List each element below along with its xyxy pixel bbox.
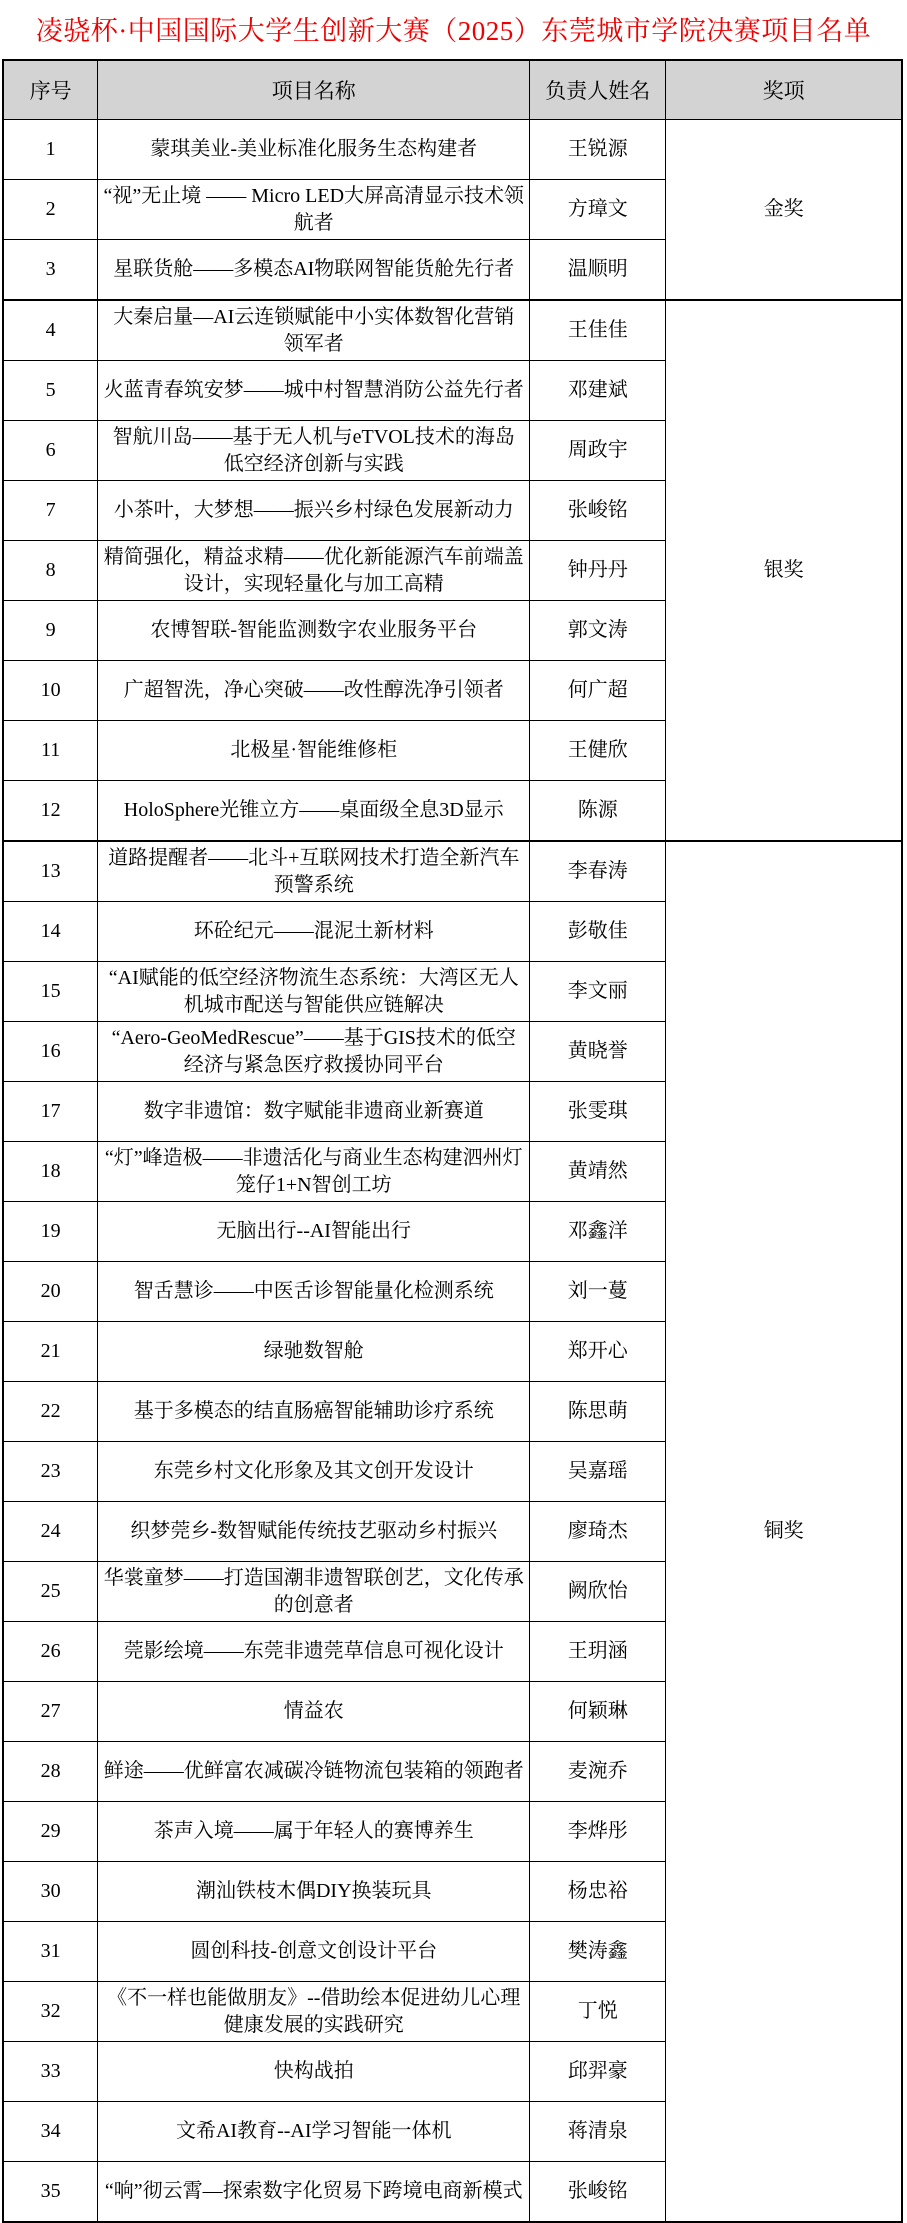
leader-name-cell: 彭敬佳 (530, 902, 666, 962)
project-name-cell: “灯”峰造极——非遗活化与商业生态构建泗州灯笼仔1+N智创工坊 (98, 1142, 530, 1202)
row-no-cell: 31 (3, 1922, 98, 1982)
row-no-cell: 34 (3, 2102, 98, 2162)
row-no-cell: 4 (3, 300, 98, 361)
row-no-cell: 30 (3, 1862, 98, 1922)
row-no-cell: 27 (3, 1682, 98, 1742)
row-no-cell: 9 (3, 601, 98, 661)
project-name-cell: 农博智联-智能监测数字农业服务平台 (98, 601, 530, 661)
project-name-cell: 无脑出行--AI智能出行 (98, 1202, 530, 1262)
leader-name-cell: 郑开心 (530, 1322, 666, 1382)
row-no-cell: 2 (3, 180, 98, 240)
leader-name-cell: 王健欣 (530, 721, 666, 781)
project-name-cell: 圆创科技-创意文创设计平台 (98, 1922, 530, 1982)
row-no-cell: 35 (3, 2162, 98, 2223)
row-no-cell: 15 (3, 962, 98, 1022)
leader-name-cell: 周政宇 (530, 421, 666, 481)
leader-name-cell: 麦涴乔 (530, 1742, 666, 1802)
row-no-cell: 22 (3, 1382, 98, 1442)
project-name-cell: “响”彻云霄—探索数字化贸易下跨境电商新模式 (98, 2162, 530, 2223)
project-name-cell: 快构战拍 (98, 2042, 530, 2102)
header-cell-no: 序号 (3, 60, 98, 120)
project-name-cell: 文希AI教育--AI学习智能一体机 (98, 2102, 530, 2162)
project-name-cell: 北极星·智能维修柜 (98, 721, 530, 781)
project-name-cell: HoloSphere光锥立方——桌面级全息3D显示 (98, 781, 530, 842)
project-name-cell: 星联货舱——多模态AI物联网智能货舱先行者 (98, 240, 530, 301)
table-row: 1蒙琪美业-美业标准化服务生态构建者王锐源金奖 (3, 120, 902, 180)
project-name-cell: “AI赋能的低空经济物流生态系统：大湾区无人机城市配送与智能供应链解决 (98, 962, 530, 1022)
project-name-cell: 道路提醒者——北斗+互联网技术打造全新汽车预警系统 (98, 841, 530, 902)
project-name-cell: 基于多模态的结直肠癌智能辅助诊疗系统 (98, 1382, 530, 1442)
leader-name-cell: 樊涛鑫 (530, 1922, 666, 1982)
leader-name-cell: 黄晓誉 (530, 1022, 666, 1082)
project-name-cell: 茶声入境——属于年轻人的赛博养生 (98, 1802, 530, 1862)
row-no-cell: 8 (3, 541, 98, 601)
project-name-cell: “视”无止境 —— Micro LED大屏高清显示技术领航者 (98, 180, 530, 240)
header-cell-project: 项目名称 (98, 60, 530, 120)
leader-name-cell: 李烨彤 (530, 1802, 666, 1862)
project-name-cell: 绿驰数智舱 (98, 1322, 530, 1382)
row-no-cell: 7 (3, 481, 98, 541)
project-name-cell: 环砼纪元——混泥土新材料 (98, 902, 530, 962)
leader-name-cell: 丁悦 (530, 1982, 666, 2042)
leader-name-cell: 王玥涵 (530, 1622, 666, 1682)
leader-name-cell: 蒋清泉 (530, 2102, 666, 2162)
leader-name-cell: 张峻铭 (530, 2162, 666, 2223)
row-no-cell: 14 (3, 902, 98, 962)
project-name-cell: 智舌慧诊——中医舌诊智能量化检测系统 (98, 1262, 530, 1322)
project-name-cell: 蒙琪美业-美业标准化服务生态构建者 (98, 120, 530, 180)
row-no-cell: 19 (3, 1202, 98, 1262)
row-no-cell: 11 (3, 721, 98, 781)
page-title: 凌骁杯·中国国际大学生创新大赛（2025）东莞城市学院决赛项目名单 (2, 14, 905, 49)
header-cell-award: 奖项 (666, 60, 902, 120)
header-row: 序号 项目名称 负责人姓名 奖项 (3, 60, 902, 120)
row-no-cell: 26 (3, 1622, 98, 1682)
row-no-cell: 12 (3, 781, 98, 842)
project-name-cell: 广超智洗，净心突破——改性醇洗净引领者 (98, 661, 530, 721)
leader-name-cell: 邓建斌 (530, 361, 666, 421)
row-no-cell: 24 (3, 1502, 98, 1562)
row-no-cell: 23 (3, 1442, 98, 1502)
row-no-cell: 29 (3, 1802, 98, 1862)
row-no-cell: 16 (3, 1022, 98, 1082)
leader-name-cell: 何颖琳 (530, 1682, 666, 1742)
leader-name-cell: 阙欣怡 (530, 1562, 666, 1622)
row-no-cell: 20 (3, 1262, 98, 1322)
leader-name-cell: 钟丹丹 (530, 541, 666, 601)
leader-name-cell: 王佳佳 (530, 300, 666, 361)
leader-name-cell: 张峻铭 (530, 481, 666, 541)
row-no-cell: 13 (3, 841, 98, 902)
row-no-cell: 21 (3, 1322, 98, 1382)
leader-name-cell: 杨忠裕 (530, 1862, 666, 1922)
project-name-cell: 莞影绘境——东莞非遗莞草信息可视化设计 (98, 1622, 530, 1682)
leader-name-cell: 张雯琪 (530, 1082, 666, 1142)
row-no-cell: 3 (3, 240, 98, 301)
leader-name-cell: 邱羿豪 (530, 2042, 666, 2102)
project-name-cell: 华裳童梦——打造国潮非遗智联创艺，文化传承的创意者 (98, 1562, 530, 1622)
header-cell-leader: 负责人姓名 (530, 60, 666, 120)
leader-name-cell: 王锐源 (530, 120, 666, 180)
leader-name-cell: 陈源 (530, 781, 666, 842)
leader-name-cell: 陈思萌 (530, 1382, 666, 1442)
table-row: 4大秦启量—AI云连锁赋能中小实体数智化营销领军者王佳佳银奖 (3, 300, 902, 361)
leader-name-cell: 李春涛 (530, 841, 666, 902)
project-name-cell: 织梦莞乡-数智赋能传统技艺驱动乡村振兴 (98, 1502, 530, 1562)
leader-name-cell: 方璋文 (530, 180, 666, 240)
row-no-cell: 10 (3, 661, 98, 721)
leader-name-cell: 李文丽 (530, 962, 666, 1022)
row-no-cell: 1 (3, 120, 98, 180)
project-name-cell: 小茶叶，大梦想——振兴乡村绿色发展新动力 (98, 481, 530, 541)
project-name-cell: 智航川岛——基于无人机与eTVOL技术的海岛低空经济创新与实践 (98, 421, 530, 481)
leader-name-cell: 黄靖然 (530, 1142, 666, 1202)
row-no-cell: 33 (3, 2042, 98, 2102)
project-name-cell: “Aero-GeoMedRescue”——基于GIS技术的低空经济与紧急医疗救援… (98, 1022, 530, 1082)
award-cell: 金奖 (666, 120, 902, 301)
leader-name-cell: 郭文涛 (530, 601, 666, 661)
project-name-cell: 情益农 (98, 1682, 530, 1742)
row-no-cell: 17 (3, 1082, 98, 1142)
project-name-cell: 大秦启量—AI云连锁赋能中小实体数智化营销领军者 (98, 300, 530, 361)
table-body: 1蒙琪美业-美业标准化服务生态构建者王锐源金奖2“视”无止境 —— Micro … (3, 120, 902, 2223)
project-name-cell: 火蓝青春筑安梦——城中村智慧消防公益先行者 (98, 361, 530, 421)
project-name-cell: 数字非遗馆：数字赋能非遗商业新赛道 (98, 1082, 530, 1142)
leader-name-cell: 刘一蔓 (530, 1262, 666, 1322)
row-no-cell: 25 (3, 1562, 98, 1622)
document-page: 凌骁杯·中国国际大学生创新大赛（2025）东莞城市学院决赛项目名单 序号 项目名… (0, 0, 907, 2223)
table-header: 序号 项目名称 负责人姓名 奖项 (3, 60, 902, 120)
row-no-cell: 18 (3, 1142, 98, 1202)
leader-name-cell: 廖琦杰 (530, 1502, 666, 1562)
project-name-cell: 精简强化，精益求精——优化新能源汽车前端盖设计，实现轻量化与加工高精 (98, 541, 530, 601)
award-cell: 铜奖 (666, 841, 902, 2222)
project-name-cell: 《不一样也能做朋友》--借助绘本促进幼儿心理健康发展的实践研究 (98, 1982, 530, 2042)
leader-name-cell: 何广超 (530, 661, 666, 721)
leader-name-cell: 温顺明 (530, 240, 666, 301)
project-name-cell: 东莞乡村文化形象及其文创开发设计 (98, 1442, 530, 1502)
project-name-cell: 鲜途——优鲜富农减碳冷链物流包装箱的领跑者 (98, 1742, 530, 1802)
row-no-cell: 6 (3, 421, 98, 481)
table-row: 13道路提醒者——北斗+互联网技术打造全新汽车预警系统李春涛铜奖 (3, 841, 902, 902)
leader-name-cell: 邓鑫洋 (530, 1202, 666, 1262)
project-name-cell: 潮汕铁枝木偶DIY换装玩具 (98, 1862, 530, 1922)
award-cell: 银奖 (666, 300, 902, 841)
award-table: 序号 项目名称 负责人姓名 奖项 1蒙琪美业-美业标准化服务生态构建者王锐源金奖… (2, 59, 903, 2223)
row-no-cell: 5 (3, 361, 98, 421)
row-no-cell: 32 (3, 1982, 98, 2042)
row-no-cell: 28 (3, 1742, 98, 1802)
leader-name-cell: 吴嘉瑶 (530, 1442, 666, 1502)
